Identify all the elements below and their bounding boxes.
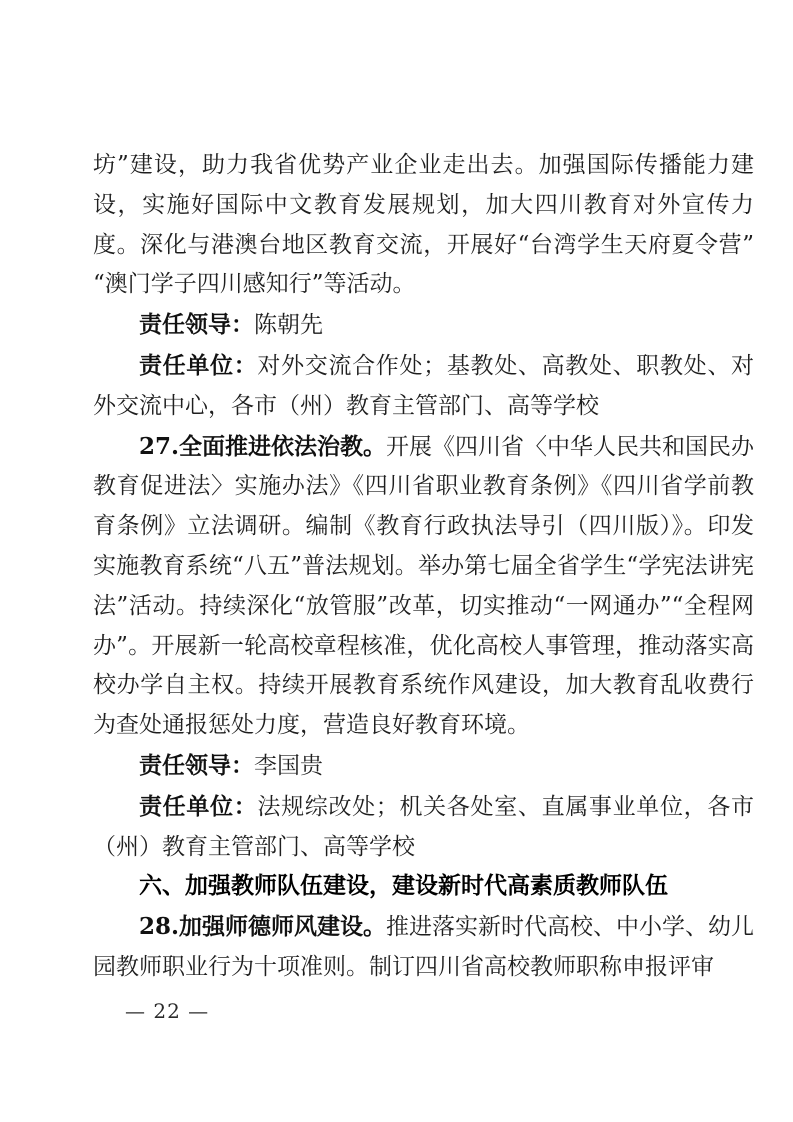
responsible-leader-value: 李国贵	[254, 753, 323, 779]
responsible-leader-line-1: 责任领导：陈朝先	[93, 305, 754, 346]
responsible-leader-value: 陈朝先	[254, 312, 323, 338]
document-page: 坊”建设，助力我省优势产业企业走出去。加强国际传播能力建设，实施好国际中文教育发…	[0, 0, 793, 1122]
item-27-number-title: 27.全面推进依法治教。	[139, 433, 386, 460]
item-28-number-title: 28.加强师德师风建设。	[139, 913, 386, 940]
responsible-leader-label: 责任领导：	[139, 311, 254, 338]
page-number: — 22 —	[125, 996, 209, 1026]
responsible-unit-line-1: 责任单位：对外交流合作处；基教处、高教处、职教处、对外交流中心，各市（州）教育主…	[93, 346, 754, 427]
responsible-unit-line-2: 责任单位：法规综改处；机关各处室、直属事业单位，各市（州）教育主管部门、高等学校	[93, 787, 754, 868]
responsible-unit-label: 责任单位：	[139, 352, 257, 379]
page-content: 坊”建设，助力我省优势产业企业走出去。加强国际传播能力建设，实施好国际中文教育发…	[93, 146, 754, 988]
responsible-unit-label: 责任单位：	[139, 793, 257, 820]
item-27-paragraph: 27.全面推进依法治教。开展《四川省〈中华人民共和国民办教育促进法〉实施办法》《…	[93, 427, 754, 746]
section-heading-six: 六、加强教师队伍建设，建设新时代高素质教师队伍	[93, 867, 754, 907]
paragraph-continuation: 坊”建设，助力我省优势产业企业走出去。加强国际传播能力建设，实施好国际中文教育发…	[93, 146, 754, 305]
item-27-body: 开展《四川省〈中华人民共和国民办教育促进法〉实施办法》《四川省职业教育条例》《四…	[93, 434, 754, 739]
responsible-leader-label: 责任领导：	[139, 752, 254, 779]
item-28-paragraph: 28.加强师德师风建设。推进落实新时代高校、中小学、幼儿园教师职业行为十项准则。…	[93, 907, 754, 988]
responsible-leader-line-2: 责任领导：李国贵	[93, 746, 754, 787]
